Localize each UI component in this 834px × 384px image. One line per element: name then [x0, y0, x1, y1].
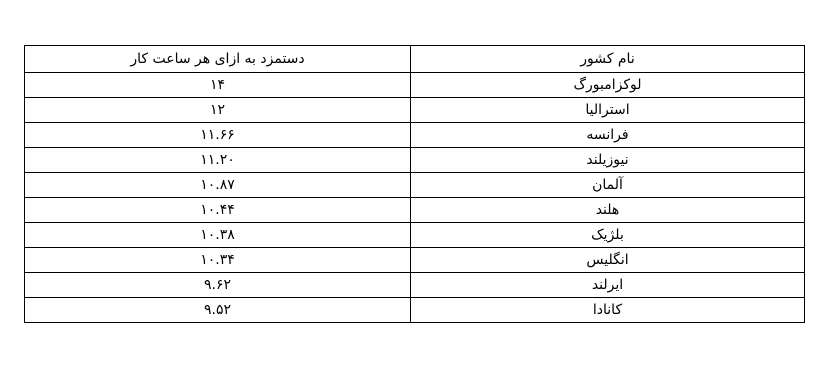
wage-cell: ۹.۵۲	[25, 298, 411, 323]
wage-cell: ۱۰.۸۷	[25, 173, 411, 198]
country-cell: بلژیک	[411, 223, 805, 248]
country-cell: نیوزیلند	[411, 148, 805, 173]
wage-cell: ۱۰.۴۴	[25, 198, 411, 223]
table-row: هلند ۱۰.۴۴	[25, 198, 805, 223]
wage-cell: ۱۱.۶۶	[25, 123, 411, 148]
table-row: استرالیا ۱۲	[25, 98, 805, 123]
table-row: انگلیس ۱۰.۳۴	[25, 248, 805, 273]
country-cell: انگلیس	[411, 248, 805, 273]
table-row: لوکزامبورگ ۱۴	[25, 73, 805, 98]
country-cell: کانادا	[411, 298, 805, 323]
country-cell: استرالیا	[411, 98, 805, 123]
wage-table: نام کشور دستمزد به ازای هر ساعت کار لوکز…	[24, 45, 805, 323]
table-row: ایرلند ۹.۶۲	[25, 273, 805, 298]
wage-cell: ۱۴	[25, 73, 411, 98]
header-country: نام کشور	[411, 46, 805, 73]
country-cell: ایرلند	[411, 273, 805, 298]
table-row: بلژیک ۱۰.۳۸	[25, 223, 805, 248]
country-cell: فرانسه	[411, 123, 805, 148]
wage-cell: ۱۱.۲۰	[25, 148, 411, 173]
table-row: نیوزیلند ۱۱.۲۰	[25, 148, 805, 173]
header-wage: دستمزد به ازای هر ساعت کار	[25, 46, 411, 73]
table-row: آلمان ۱۰.۸۷	[25, 173, 805, 198]
wage-cell: ۱۰.۳۸	[25, 223, 411, 248]
country-cell: هلند	[411, 198, 805, 223]
wage-cell: ۱۲	[25, 98, 411, 123]
country-cell: آلمان	[411, 173, 805, 198]
header-row: نام کشور دستمزد به ازای هر ساعت کار	[25, 46, 805, 73]
table-row: فرانسه ۱۱.۶۶	[25, 123, 805, 148]
country-cell: لوکزامبورگ	[411, 73, 805, 98]
table-row: کانادا ۹.۵۲	[25, 298, 805, 323]
wage-cell: ۱۰.۳۴	[25, 248, 411, 273]
wage-cell: ۹.۶۲	[25, 273, 411, 298]
